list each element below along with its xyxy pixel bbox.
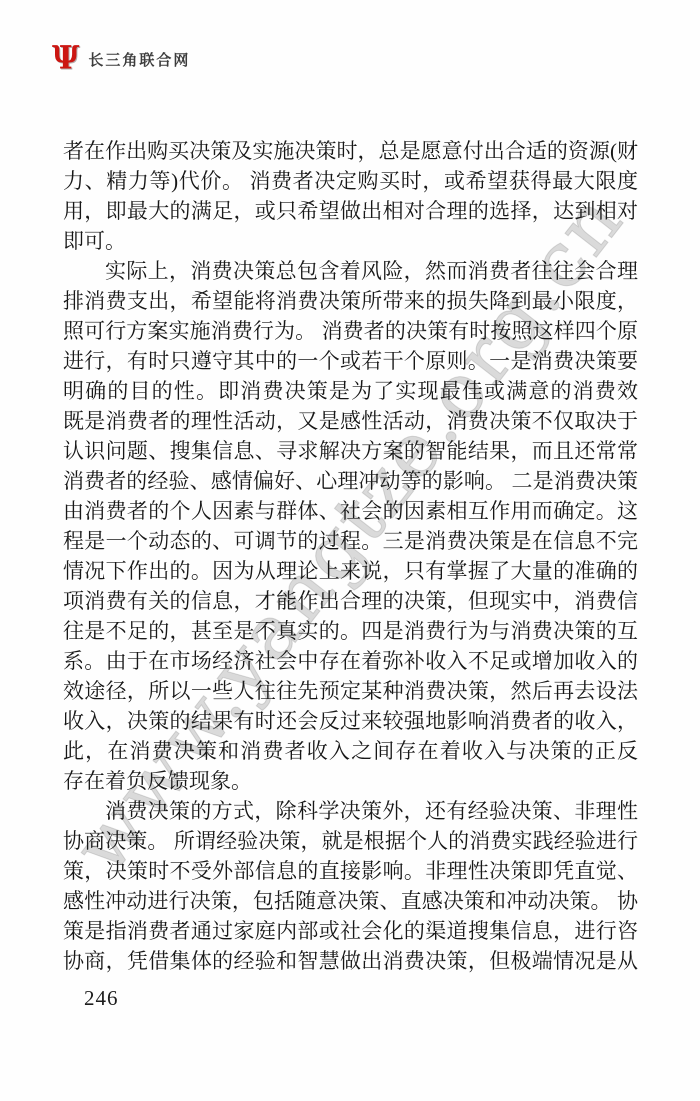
scanned-book-page: www.yangtze.org.cn Ψ 长三角联合网 者在作出购买决策及实施决… xyxy=(0,0,700,1101)
site-name: 长三角联合网 xyxy=(88,49,190,70)
text-line: 由消费者的个人因素与群体、社会的因素相互作用而确定。这个过 xyxy=(63,496,638,526)
text-line: 力、精力等)代价。 消费者决定购买时，或希望获得最大限度的效 xyxy=(63,166,638,196)
text-line: 用，即最大的满足，或只希望做出相对合理的选择，达到相对满意 xyxy=(63,196,638,226)
text-line: 认识问题、搜集信息、寻求解决方案的智能结果，而且还常常受到 xyxy=(63,436,638,466)
text-line: 进行，有时只遵守其中的一个或若干个原则。一是消费决策要求有 xyxy=(63,346,638,376)
paragraph: 消费决策的方式，除科学决策外，还有经验决策、非理性决策、协商决策。 所谓经验决策… xyxy=(63,796,638,976)
text-line: 协商决策。 所谓经验决策，就是根据个人的消费实践经验进行决 xyxy=(63,826,638,856)
text-line: 策，决策时不受外部信息的直接影响。非理性决策即凭直觉、悟性、 xyxy=(63,856,638,886)
text-line: 排消费支出，希望能将消费决策所带来的损失降到最小限度，并按 xyxy=(63,286,638,316)
text-line: 系。由于在市场经济社会中存在着弥补收入不足或增加收入的有 xyxy=(63,646,638,676)
text-line: 消费决策的方式，除科学决策外，还有经验决策、非理性决策、 xyxy=(63,796,638,826)
text-line: 此，在消费决策和消费者收入之间存在着收入与决策的正反馈，也 xyxy=(63,736,638,766)
paragraph: 实际上，消费决策总包含着风险，然而消费者往往会合理地安排消费支出，希望能将消费决… xyxy=(63,256,638,796)
page-number: 246 xyxy=(84,986,119,1011)
text-line: 程是一个动态的、可调节的过程。三是消费决策是在信息不完全的 xyxy=(63,526,638,556)
paragraph: 者在作出购买决策及实施决策时，总是愿意付出合适的资源(财力、精力等)代价。 消费… xyxy=(63,136,638,256)
text-line: 效途径，所以一些人往往先预定某种消费决策，然后再去设法增加 xyxy=(63,676,638,706)
text-line: 存在着负反馈现象。 xyxy=(63,766,638,796)
text-line: 协商，凭借集体的经验和智慧做出消费决策，但极端情况是从众决 xyxy=(63,946,638,976)
text-line: 往是不足的，甚至是不真实的。四是消费行为与消费决策的互动关 xyxy=(63,616,638,646)
text-line: 明确的目的性。即消费决策是为了实现最佳或满意的消费效益，它 xyxy=(63,376,638,406)
text-line: 策是指消费者通过家庭内部或社会化的渠道搜集信息，进行咨询 xyxy=(63,916,638,946)
text-line: 实际上，消费决策总包含着风险，然而消费者往往会合理地安 xyxy=(63,256,638,286)
site-header: Ψ 长三角联合网 xyxy=(52,44,190,74)
text-line: 照可行方案实施消费行为。 消费者的决策有时按照这样四个原则 xyxy=(63,316,638,346)
site-logo-icon: Ψ xyxy=(52,43,79,75)
text-line: 收入，决策的结果有时还会反过来较强地影响消费者的收入，因 xyxy=(63,706,638,736)
text-line: 即可。 xyxy=(63,226,638,256)
text-line: 者在作出购买决策及实施决策时，总是愿意付出合适的资源(财 xyxy=(63,136,638,166)
text-line: 项消费有关的信息，才能作出合理的决策，但现实中，消费信息往 xyxy=(63,586,638,616)
text-line: 消费者的经验、感情偏好、心理冲动等的影响。 二是消费决策过程 xyxy=(63,466,638,496)
text-line: 情况下作出的。因为从理论上来说，只有掌握了大量的准确的与该 xyxy=(63,556,638,586)
page-text-body: 者在作出购买决策及实施决策时，总是愿意付出合适的资源(财力、精力等)代价。 消费… xyxy=(63,136,638,976)
text-line: 感性冲动进行决策，包括随意决策、直感决策和冲动决策。 协商决 xyxy=(63,886,638,916)
text-line: 既是消费者的理性活动，又是感性活动，消费决策不仅取决于人们 xyxy=(63,406,638,436)
